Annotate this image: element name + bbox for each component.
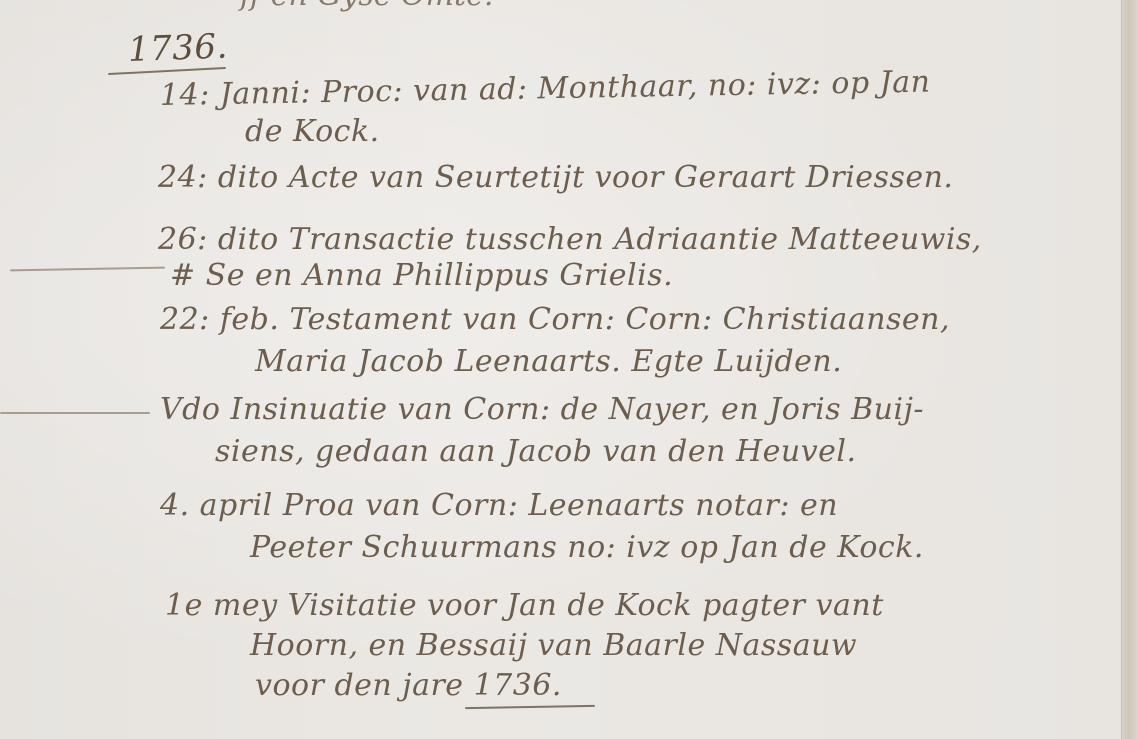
manuscript-page: ff en Gyse Omte. 1736. 14: Janni: Proc: … (0, 0, 1138, 739)
margin-rule (10, 267, 165, 272)
entry-line: siens, gedaan aan Jacob van den Heuvel. (215, 434, 857, 469)
entry-line: 14: Janni: Proc: van ad: Monthaar, no: i… (160, 65, 931, 113)
page-edge (1121, 0, 1138, 739)
entry-line: 26: dito Transactie tusschen Adriaantie … (158, 222, 982, 257)
entry-line: # Se en Anna Phillippus Grielis. (170, 258, 673, 293)
entry-line: 1e mey Visitatie voor Jan de Kock pagter… (165, 588, 884, 623)
entry-line: voor den jare 1736. (255, 668, 562, 703)
entry-line: 24: dito Acte van Seurtetijt voor Geraar… (158, 160, 953, 195)
entry-line: Vdo Insinuatie van Corn: de Nayer, en Jo… (160, 392, 924, 427)
entry-line: Maria Jacob Leenaarts. Egte Luijden. (255, 344, 842, 379)
entry-line: 22: feb. Testament van Corn: Corn: Chris… (160, 302, 950, 337)
margin-rule (0, 412, 150, 414)
year-underline (465, 705, 595, 709)
cut-off-top-line: ff en Gyse Omte. (240, 0, 493, 13)
year-heading: 1736. (127, 27, 228, 70)
entry-line: 4. april Proa van Corn: Leenaarts notar:… (160, 488, 838, 523)
entry-line: de Kock. (245, 114, 380, 149)
entry-line: Hoorn, en Bessaij van Baarle Nassauw (250, 628, 857, 663)
entry-line: Peeter Schuurmans no: ivz op Jan de Kock… (250, 530, 924, 565)
